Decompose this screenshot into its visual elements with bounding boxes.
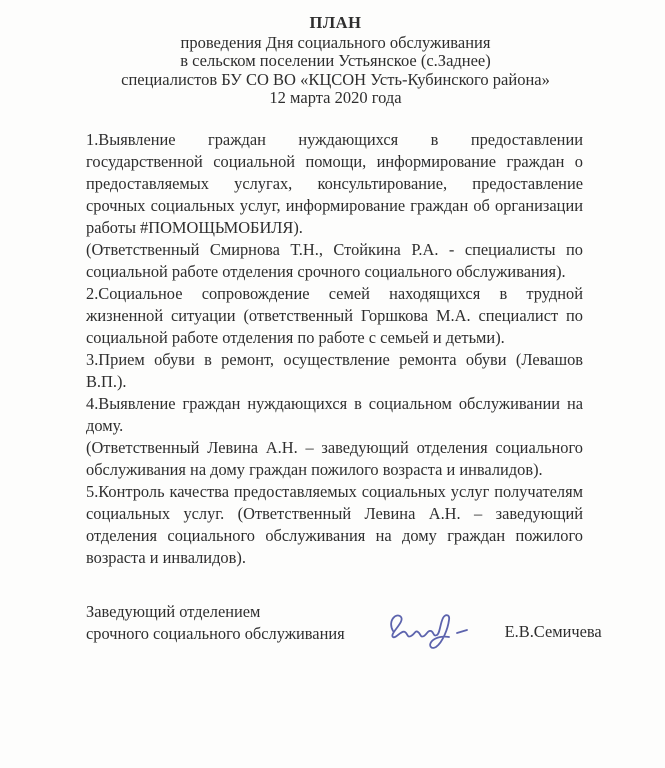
paragraph: 1.Выявление граждан нуждающихся в предос… xyxy=(86,129,583,239)
document-header: ПЛАН проведения Дня социального обслужив… xyxy=(86,0,585,108)
paragraph: 2.Социальное сопровождение семей находящ… xyxy=(86,283,583,349)
header-line: 12 марта 2020 года xyxy=(86,89,585,108)
paragraph: 5.Контроль качества предоставляемых соци… xyxy=(86,481,583,569)
paragraph: (Ответственный Смирнова Т.Н., Стойкина Р… xyxy=(86,239,583,283)
signature-ink xyxy=(379,610,479,652)
signatory-position-line: Заведующий отделением xyxy=(86,601,345,623)
document-body: 1.Выявление граждан нуждающихся в предос… xyxy=(86,129,583,569)
paragraph: 3.Прием обуви в ремонт, осуществление ре… xyxy=(86,349,583,393)
signature-block: Заведующий отделением срочного социально… xyxy=(86,601,645,652)
signatory-position-line: срочного социального обслуживания xyxy=(86,623,345,645)
header-line: специалистов БУ СО ВО «КЦСОН Усть-Кубинс… xyxy=(86,71,585,90)
document-page: ПЛАН проведения Дня социального обслужив… xyxy=(0,0,665,768)
header-line: в сельском поселении Устьянское (с.Задне… xyxy=(86,52,585,71)
paragraph: (Ответственный Левина А.Н. – заведующий … xyxy=(86,437,583,481)
document-title: ПЛАН xyxy=(86,14,585,33)
header-line: проведения Дня социального обслуживания xyxy=(86,34,585,53)
signatory-name: Е.В.Семичева xyxy=(505,621,602,643)
paragraph: 4.Выявление граждан нуждающихся в социал… xyxy=(86,393,583,437)
signatory-position: Заведующий отделением срочного социально… xyxy=(86,601,345,645)
